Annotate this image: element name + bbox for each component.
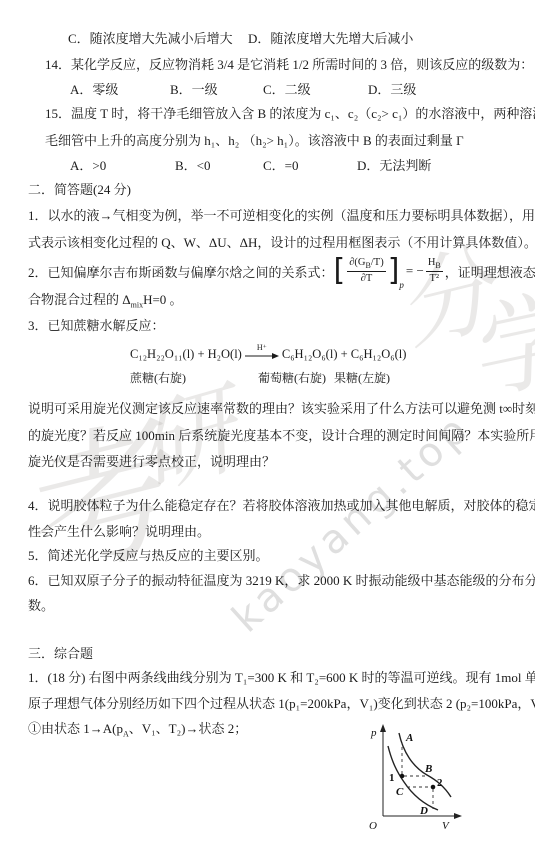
x-axis-arrow-icon [454,813,462,819]
q14-option-d: D．三级 [368,82,416,98]
fraction-numerator: ∂(GB/T) [347,257,385,271]
isotherm-T1-curve [388,746,438,810]
point-B-label: B [424,763,432,775]
sa-q3-para2: 的旋光度？若反应 100min 后系统旋光度基本不变，设计合理的测定时间间隔？本… [28,428,535,444]
label-sucrose: 蔗糖(右旋) [130,371,186,386]
sa-q1-line2: 式表示该相变化过程的 Q、W、ΔU、ΔH，设计的过程用框图表示（不用计算具体数值… [28,235,535,251]
y-axis-arrow-icon [380,724,386,732]
state-2-label: 2 [437,777,443,789]
products: C₆H₁₂O₆(l) + C₆H₁₂O₆(l) [282,347,407,362]
subscript-mix: mix [131,301,143,310]
q14-option-b: B．一级 [170,82,218,98]
reaction-arrow: H⁺ [245,344,279,362]
left-bracket: [ [334,258,346,284]
state-1-point [400,774,405,779]
section2-header: 二．简答题(24 分) [28,182,131,198]
sa-q2-lead: 2．已知偏摩尔吉布斯函数与偏摩尔焓之间的关系式： [28,262,334,281]
x-axis-label: V [442,820,450,832]
comp-q1-process1: ①由状态 1→A(pA、V₁、T₂)→状态 2； [28,721,247,740]
sa-q2-line2: 合物混合过程的 ΔmixH=0 。 [28,292,183,311]
subscript-p: p [399,280,404,290]
sa-q6-line1: 6．已知双原子分子的振动特征温度为 3219 K，求 2000 K 时振动能级中… [28,573,535,589]
fraction-denominator: T² [426,271,443,285]
comp-q1-line1: 1．(18 分) 右图中两条线曲线分别为 T₁=300 K 和 T₂=600 K… [28,670,535,686]
right-bracket: ] [388,258,400,284]
sa-q4-line1: 4．说明胶体粒子为什么能稳定存在？若将胶体溶液加热或加入其他电解质，对胶体的稳定 [28,498,535,514]
q14-option-c: C．二级 [263,82,311,98]
sa-q4-line2: 性会产生什么影响？说明理由。 [28,524,210,540]
state-1-label: 1 [389,772,395,784]
equals-minus: = − [406,263,424,279]
q14-stem: 14．某化学反应，反应物消耗 3/4 是它消耗 1/2 所需时间的 3 倍，则该… [45,57,533,73]
comp-q1-line2: 原子理想气体分别经历如下四个过程从状态 1(p₁=200kPa，V₁)变化到状态… [28,696,535,712]
y-axis-label: p [370,727,377,739]
label-glucose: 葡萄糖(右旋) [258,371,326,386]
q14-option-a: A．零级 [70,82,118,98]
reaction-equation: C₁₂H₂₂O₁₁(l) + H₂O(l) H⁺ C₆H₁₂O₆(l) + C₆… [130,344,406,362]
sa-q3-para3: 旋光仪是否需要进行零点校正，说明理由？ [28,454,275,470]
q15-option-c: C．=0 [263,158,299,174]
q13-option-c: C．随浓度增大先减小后增大 [68,31,233,47]
partial-derivative-fraction: ∂(GB/T) ∂T [347,257,385,285]
pv-diagram: p V O A B C D 1 2 [330,720,535,843]
state-2-point [431,785,436,790]
sa-q3-para1: 说明可采用旋光仪测定该反应速率常数的理由？该实验采用了什么方法可以避免测 t∞时… [28,401,535,417]
q15-stem-line2: 毛细管中上升的高度分别为 h₁、h₂ （h₂> h₁）。该溶液中 B 的表面过剩… [45,133,464,149]
fraction-numerator: HB [426,257,443,271]
sa-q6-line2: 数。 [28,598,54,614]
enthalpy-fraction: HB T² [426,257,443,285]
sa-q1-line1: 1．以水的液→气相变为例，举一不可逆相变化的实例（温度和压力要标明具体数据），用… [28,208,535,224]
q15-option-a: A．>0 [70,158,106,174]
q15-option-d: D．无法判断 [357,158,431,174]
origin-label: O [369,820,377,832]
point-A-label: A [405,732,413,744]
arrow-icon [245,352,279,359]
sa-q2-formula-line: 2．已知偏摩尔吉布斯函数与偏摩尔焓之间的关系式： [ ∂(GB/T) ∂T ] … [28,250,535,292]
q15-stem-line1: 15．温度 T 时，将干净毛细管放入含 B 的浓度为 c₁、c₂（c₂> c₁）… [45,106,535,122]
arrow-catalyst-label: H⁺ [257,344,267,352]
label-fructose: 果糖(左旋) [334,371,390,386]
section3-header: 三．综合题 [28,646,93,662]
q15-option-b: B．<0 [175,158,211,174]
fraction-denominator: ∂T [347,271,385,285]
sa-q5-line: 5．简述光化学反应与热反应的主要区别。 [28,548,269,564]
exam-page: 考 研 分 学 kaoyang.top C．随浓度增大先减小后增大 D．随浓度增… [0,0,535,843]
subscript-B: B [435,261,440,270]
q13-option-d: D．随浓度增大先增大后减小 [248,31,413,47]
watermark-script-char: 学 [458,286,535,409]
sa-q3-lead: 3．已知蔗糖水解反应： [28,318,165,334]
point-C-label: C [396,786,404,798]
sa-q2-tail: ，证明理想液态混 [445,262,535,281]
point-D-label: D [419,805,428,817]
reactants: C₁₂H₂₂O₁₁(l) + H₂O(l) [130,347,242,362]
